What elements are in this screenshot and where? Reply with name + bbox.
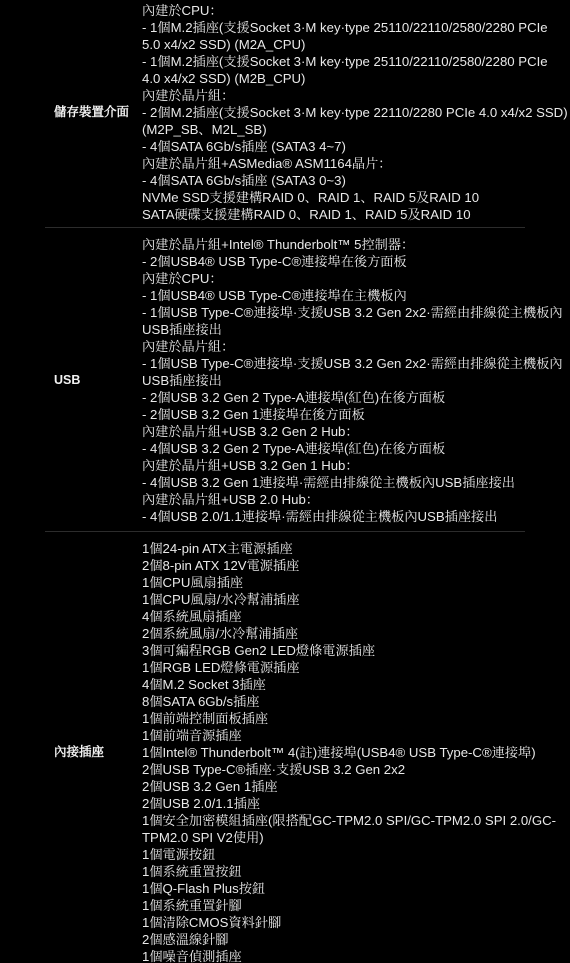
spec-line: SATA硬碟支援建構RAID 0、RAID 1、RAID 5及RAID 10	[142, 206, 568, 223]
spec-line: - 2個USB4® USB Type-C®連接埠在後方面板	[142, 253, 563, 270]
spec-table: 儲存裝置介面內建於CPU：- 1個M.2插座(支援Socket 3·M key·…	[45, 0, 525, 963]
spec-row-value: 內建於CPU：- 1個M.2插座(支援Socket 3·M key·type 2…	[142, 2, 568, 223]
spec-line: 內建於晶片組+USB 3.2 Gen 1 Hub：	[142, 457, 563, 474]
spec-line: - 4個USB 3.2 Gen 1連接埠·需經由排線從主機板內USB插座接出	[142, 474, 563, 491]
spec-line: 內建於晶片組：	[142, 338, 563, 355]
spec-line: 1個安全加密模組插座(限搭配GC-TPM2.0 SPI/GC-TPM2.0 SP…	[142, 812, 556, 829]
spec-line: 8個SATA 6Gb/s插座	[142, 693, 556, 710]
spec-line: USB插座接出	[142, 372, 563, 389]
spec-line: 內建於CPU：	[142, 2, 568, 19]
spec-line: (M2P_SB、M2L_SB)	[142, 121, 568, 138]
spec-line: 1個RGB LED燈條電源插座	[142, 659, 556, 676]
spec-line: 4個系統風扇插座	[142, 608, 556, 625]
spec-line: 1個24-pin ATX主電源插座	[142, 540, 556, 557]
spec-line: - 2個USB 3.2 Gen 2 Type-A連接埠(紅色)在後方面板	[142, 389, 563, 406]
spec-line: 2個系統風扇/水冷幫浦插座	[142, 625, 556, 642]
spec-line: 2個USB 3.2 Gen 1插座	[142, 778, 556, 795]
spec-line: 內建於晶片組：	[142, 87, 568, 104]
spec-line: - 1個USB Type-C®連接埠·支援USB 3.2 Gen 2x2·需經由…	[142, 304, 563, 321]
spec-line: 內建於晶片組+ASMedia® ASM1164晶片：	[142, 155, 568, 172]
spec-line: 1個清除CMOS資料針腳	[142, 914, 556, 931]
spec-line: 5.0 x4/x2 SSD) (M2A_CPU)	[142, 36, 568, 53]
spec-line: 2個感溫線針腳	[142, 931, 556, 948]
spec-line: 內建於晶片組+Intel® Thunderbolt™ 5控制器：	[142, 236, 563, 253]
spec-line: - 4個SATA 6Gb/s插座 (SATA3 0~3)	[142, 172, 568, 189]
spec-row-value: 內建於晶片組+Intel® Thunderbolt™ 5控制器：- 2個USB4…	[142, 236, 563, 525]
spec-line: 1個電源按鈕	[142, 846, 556, 863]
spec-line: 1個系統重置針腳	[142, 897, 556, 914]
spec-line: USB插座接出	[142, 321, 563, 338]
spec-line: - 1個M.2插座(支援Socket 3·M key·type 25110/22…	[142, 53, 568, 70]
spec-line: 內建於晶片組+USB 3.2 Gen 2 Hub：	[142, 423, 563, 440]
spec-row: 儲存裝置介面內建於CPU：- 1個M.2插座(支援Socket 3·M key·…	[45, 0, 525, 228]
spec-line: - 2個USB 3.2 Gen 1連接埠在後方面板	[142, 406, 563, 423]
spec-line: NVMe SSD支援建構RAID 0、RAID 1、RAID 5及RAID 10	[142, 189, 568, 206]
spec-line: - 4個USB 3.2 Gen 2 Type-A連接埠(紅色)在後方面板	[142, 440, 563, 457]
spec-line: 1個前端控制面板插座	[142, 710, 556, 727]
spec-line: - 1個USB Type-C®連接埠·支援USB 3.2 Gen 2x2·需經由…	[142, 355, 563, 372]
spec-line: - 2個M.2插座(支援Socket 3·M key·type 22110/22…	[142, 104, 568, 121]
spec-line: 1個Intel® Thunderbolt™ 4(註)連接埠(USB4® USB …	[142, 744, 556, 761]
spec-line: 1個Q-Flash Plus按鈕	[142, 880, 556, 897]
spec-line: - 4個SATA 6Gb/s插座 (SATA3 4~7)	[142, 138, 568, 155]
spec-row-label: 內接插座	[45, 744, 142, 761]
spec-line: 4.0 x4/x2 SSD) (M2B_CPU)	[142, 70, 568, 87]
spec-row: USB內建於晶片組+Intel® Thunderbolt™ 5控制器：- 2個U…	[45, 228, 525, 532]
spec-line: - 1個USB4® USB Type-C®連接埠在主機板內	[142, 287, 563, 304]
spec-line: 1個前端音源插座	[142, 727, 556, 744]
spec-line: 1個CPU風扇插座	[142, 574, 556, 591]
spec-line: - 4個USB 2.0/1.1連接埠·需經由排線從主機板內USB插座接出	[142, 508, 563, 525]
spec-line: TPM2.0 SPI V2使用)	[142, 829, 556, 846]
spec-line: 1個CPU風扇/水冷幫浦插座	[142, 591, 556, 608]
spec-row-label: 儲存裝置介面	[45, 104, 142, 121]
spec-line: 4個M.2 Socket 3插座	[142, 676, 556, 693]
spec-line: 2個USB Type-C®插座·支援USB 3.2 Gen 2x2	[142, 761, 556, 778]
spec-row: 內接插座1個24-pin ATX主電源插座2個8-pin ATX 12V電源插座…	[45, 532, 525, 963]
spec-line: 內建於晶片組+USB 2.0 Hub：	[142, 491, 563, 508]
spec-line: 內建於CPU：	[142, 270, 563, 287]
spec-line: 1個噪音偵測插座	[142, 948, 556, 963]
spec-row-value: 1個24-pin ATX主電源插座2個8-pin ATX 12V電源插座1個CP…	[142, 540, 556, 963]
spec-line: 2個USB 2.0/1.1插座	[142, 795, 556, 812]
spec-row-label: USB	[45, 372, 142, 389]
spec-line: 2個8-pin ATX 12V電源插座	[142, 557, 556, 574]
spec-line: 3個可編程RGB Gen2 LED燈條電源插座	[142, 642, 556, 659]
spec-line: - 1個M.2插座(支援Socket 3·M key·type 25110/22…	[142, 19, 568, 36]
spec-line: 1個系統重置按鈕	[142, 863, 556, 880]
